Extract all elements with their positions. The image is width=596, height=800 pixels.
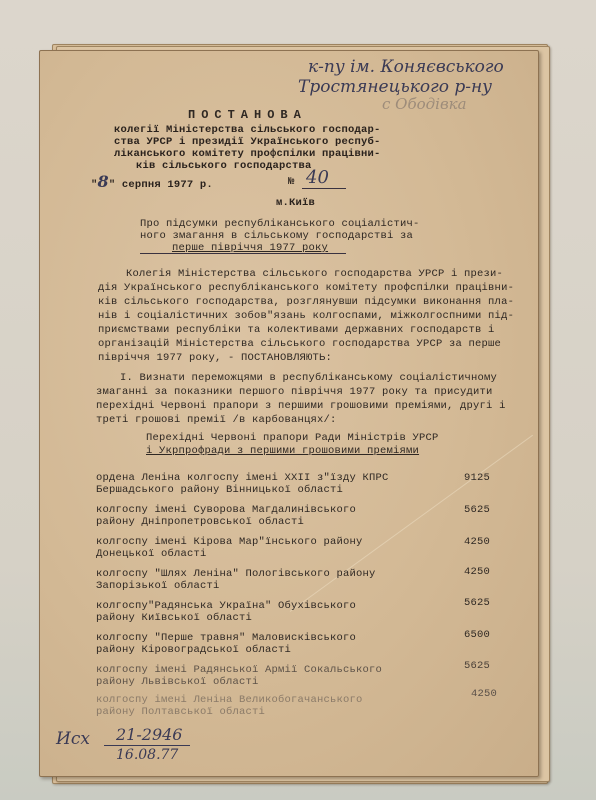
award-7-name-line-2: району Львівської області <box>96 675 259 689</box>
handwritten-addressee-line-1: к-пу ім. Коняєвського <box>308 57 504 77</box>
preamble-line-2: дія Українського республіканського коміт… <box>98 281 514 295</box>
number-underline <box>302 188 346 189</box>
pencil-note: с Ободівка <box>382 95 467 113</box>
award-7-amount: 5625 <box>464 659 490 673</box>
award-3-name-line-2: Донецької області <box>96 547 207 561</box>
clause-1-line-4: треті грошові премії /в карбованцях/: <box>96 413 337 427</box>
clause-1-line-2: змаганні за показники першого півріччя 1… <box>96 385 493 399</box>
preamble-line-4: нів і соціалістичних зобов"язань колгосп… <box>98 309 514 323</box>
issuer-line-4: ків сільського господарства <box>136 159 312 173</box>
decree-month-year: серпня 1977 р. <box>122 179 213 191</box>
page-fold-crease <box>290 435 533 612</box>
award-4-name-line-2: Запорізької області <box>96 579 220 593</box>
decree-number: 40 <box>306 167 329 188</box>
award-6-name-line-2: району Кіровоградської області <box>96 643 291 657</box>
decree-number-label: № <box>288 175 295 189</box>
clause-1-line-3: перехідні Червоні прапори з першими грош… <box>96 399 506 413</box>
clause-1-line-1: І. Визнати переможцями в республікансько… <box>120 371 497 385</box>
award-2-name-line-2: району Дніпропетровської області <box>96 515 304 529</box>
document-page: к-пу ім. Коняєвського Тростянецького р-н… <box>39 50 539 777</box>
preamble-line-5: приємствами республіки та колективами де… <box>98 323 495 337</box>
award-5-name-line-2: району Київської області <box>96 611 252 625</box>
award-1-name-line-2: Бершадського району Вінницької області <box>96 483 343 497</box>
preamble-line-3: ків сільського господарства, розглянувши… <box>98 295 514 309</box>
section-heading-line-2: і Укрпрофради з першими грошовими премія… <box>146 444 419 458</box>
outgoing-divider <box>104 745 190 746</box>
outgoing-date: 16.08.77 <box>116 747 178 763</box>
award-8-name-line-2: району Полтавської області <box>96 705 265 719</box>
award-4-amount: 4250 <box>464 565 490 579</box>
preamble-line-1: Колегія Міністерства сільського господар… <box>126 267 503 281</box>
award-3-amount: 4250 <box>464 535 490 549</box>
preamble-line-7: півріччя 1977 року, - ПОСТАНОВЛЯЮТЬ: <box>98 351 332 365</box>
award-6-amount: 6500 <box>464 628 490 642</box>
award-2-amount: 5625 <box>464 503 490 517</box>
award-1-amount: 9125 <box>464 471 490 485</box>
preamble-line-6: організацій Міністерства сільського госп… <box>98 337 501 351</box>
award-8-amount: 4250 <box>471 687 497 701</box>
decree-day: 8 <box>98 172 109 191</box>
decree-date: "8" серпня 1977 р. <box>91 175 213 192</box>
document-title: ПОСТАНОВА <box>188 108 307 122</box>
outgoing-label: Исх <box>56 729 90 749</box>
section-heading-line-1: Перехідні Червоні прапори Ради Міністрів… <box>146 431 439 445</box>
award-5-amount: 5625 <box>464 596 490 610</box>
place-of-issue: м.Київ <box>276 196 315 210</box>
subject-underline <box>140 253 346 254</box>
outgoing-number: 21-2946 <box>116 725 182 744</box>
handwritten-addressee-line-2: Тростянецького р-ну <box>298 77 492 97</box>
